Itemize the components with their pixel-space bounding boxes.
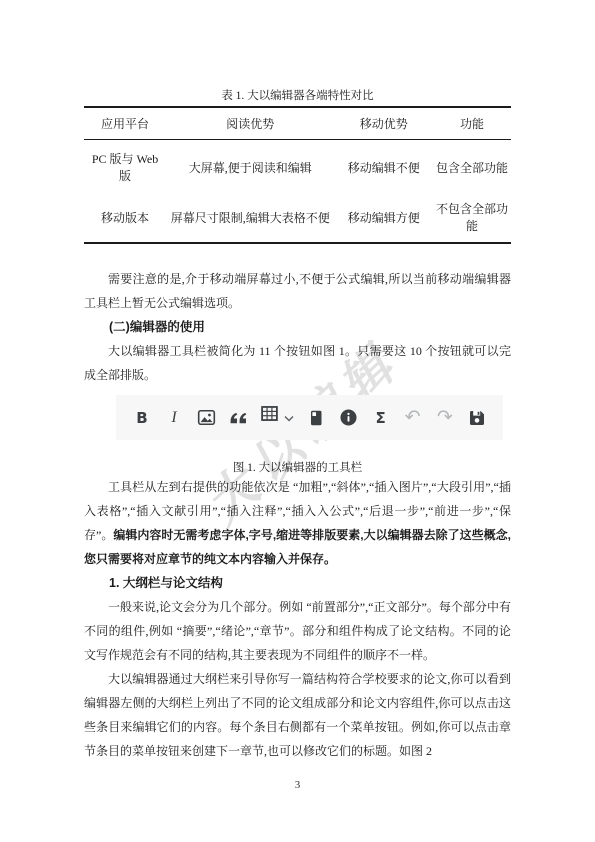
redo-icon: ↷ <box>435 403 455 433</box>
info-icon <box>339 408 358 427</box>
quote-icon <box>229 408 248 427</box>
figure-toolbar-image: B I <box>116 395 503 440</box>
paragraph-note: 需要注意的是,介于移动端屏幕过小,不便于公式编辑,所以当前移动端编辑器工具栏上暂… <box>84 267 511 315</box>
table-cell: 移动编辑不便 <box>335 140 434 195</box>
table-cell: 不包含全部功能 <box>433 194 511 243</box>
page-number: 3 <box>0 779 595 791</box>
book-citation-icon <box>307 409 325 427</box>
insert-formula-button: Σ <box>371 403 391 433</box>
table-row: PC 版与 Web 版 大屏幕,便于阅读和编辑 移动编辑不便 包含全部功能 <box>84 140 511 195</box>
save-floppy-icon <box>468 409 486 427</box>
image-icon <box>197 408 216 427</box>
table-header-cell: 阅读优势 <box>166 107 334 140</box>
table-header-row: 应用平台 阅读优势 移动优势 功能 <box>84 107 511 140</box>
blockquote-button <box>228 403 248 433</box>
table-caption: 表 1. 大以编辑器各端特性对比 <box>84 89 511 103</box>
table-cell: 移动版本 <box>84 194 166 243</box>
paragraph-bold-run: 编辑内容时无需考虑字体,字号,缩进等排版要素,大以编辑器去除了这些概念,您只需要… <box>84 528 511 566</box>
insert-annotation-button <box>339 403 359 433</box>
document-page: 大以编辑 表 1. 大以编辑器各端特性对比 应用平台 阅读优势 移动优势 功能 … <box>0 0 595 842</box>
table-cell: 移动编辑方便 <box>335 194 434 243</box>
page-content: 表 1. 大以编辑器各端特性对比 应用平台 阅读优势 移动优势 功能 PC 版与… <box>84 0 511 763</box>
table-header-cell: 功能 <box>433 107 511 140</box>
table-cell: 包含全部功能 <box>433 140 511 195</box>
save-button <box>467 403 487 433</box>
table-cell: 屏幕尺寸限制,编辑大表格不便 <box>166 194 334 243</box>
insert-image-button <box>196 403 216 433</box>
insert-citation-button <box>306 403 326 433</box>
insert-table-button <box>260 404 294 431</box>
bold-button: B <box>132 403 152 433</box>
table-cell: 大屏幕,便于阅读和编辑 <box>166 140 334 195</box>
table-header-cell: 应用平台 <box>84 107 166 140</box>
comparison-table: 应用平台 阅读优势 移动优势 功能 PC 版与 Web 版 大屏幕,便于阅读和编… <box>84 106 511 244</box>
paragraph-toolbar-functions: 工具栏从左到右提供的功能依次是 “加粗”,“斜体”,“插入图片”,“大段引用”,… <box>84 475 511 571</box>
section-heading-outline: 1. 大纲栏与论文结构 <box>84 571 511 595</box>
body-text: 需要注意的是,介于移动端屏幕过小,不便于公式编辑,所以当前移动端编辑器工具栏上暂… <box>84 267 511 763</box>
table-header-cell: 移动优势 <box>335 107 434 140</box>
italic-button: I <box>164 403 184 433</box>
chevron-down-icon <box>284 406 294 430</box>
paragraph-outline-guide: 大以编辑器通过大纲栏来引导你写一篇结构符合学校要求的论文,你可以看到编辑器左侧的… <box>84 667 511 763</box>
table-grid-icon <box>260 404 279 431</box>
paragraph-structure: 一般来说,论文会分为几个部分。例如 “前置部分”,“正文部分”。每个部分中有不同… <box>84 595 511 667</box>
figure-caption: 图 1. 大以编辑器的工具栏 <box>84 461 511 475</box>
table-row: 移动版本 屏幕尺寸限制,编辑大表格不便 移动编辑方便 不包含全部功能 <box>84 194 511 243</box>
table-cell: PC 版与 Web 版 <box>84 140 166 195</box>
paragraph-toolbar-intro: 大以编辑器工具栏被简化为 11 个按钮如图 1。只需要这 10 个按钮就可以完成… <box>84 339 511 387</box>
section-heading-editor-usage: (二)编辑器的使用 <box>84 315 511 339</box>
undo-icon: ↶ <box>403 403 423 433</box>
